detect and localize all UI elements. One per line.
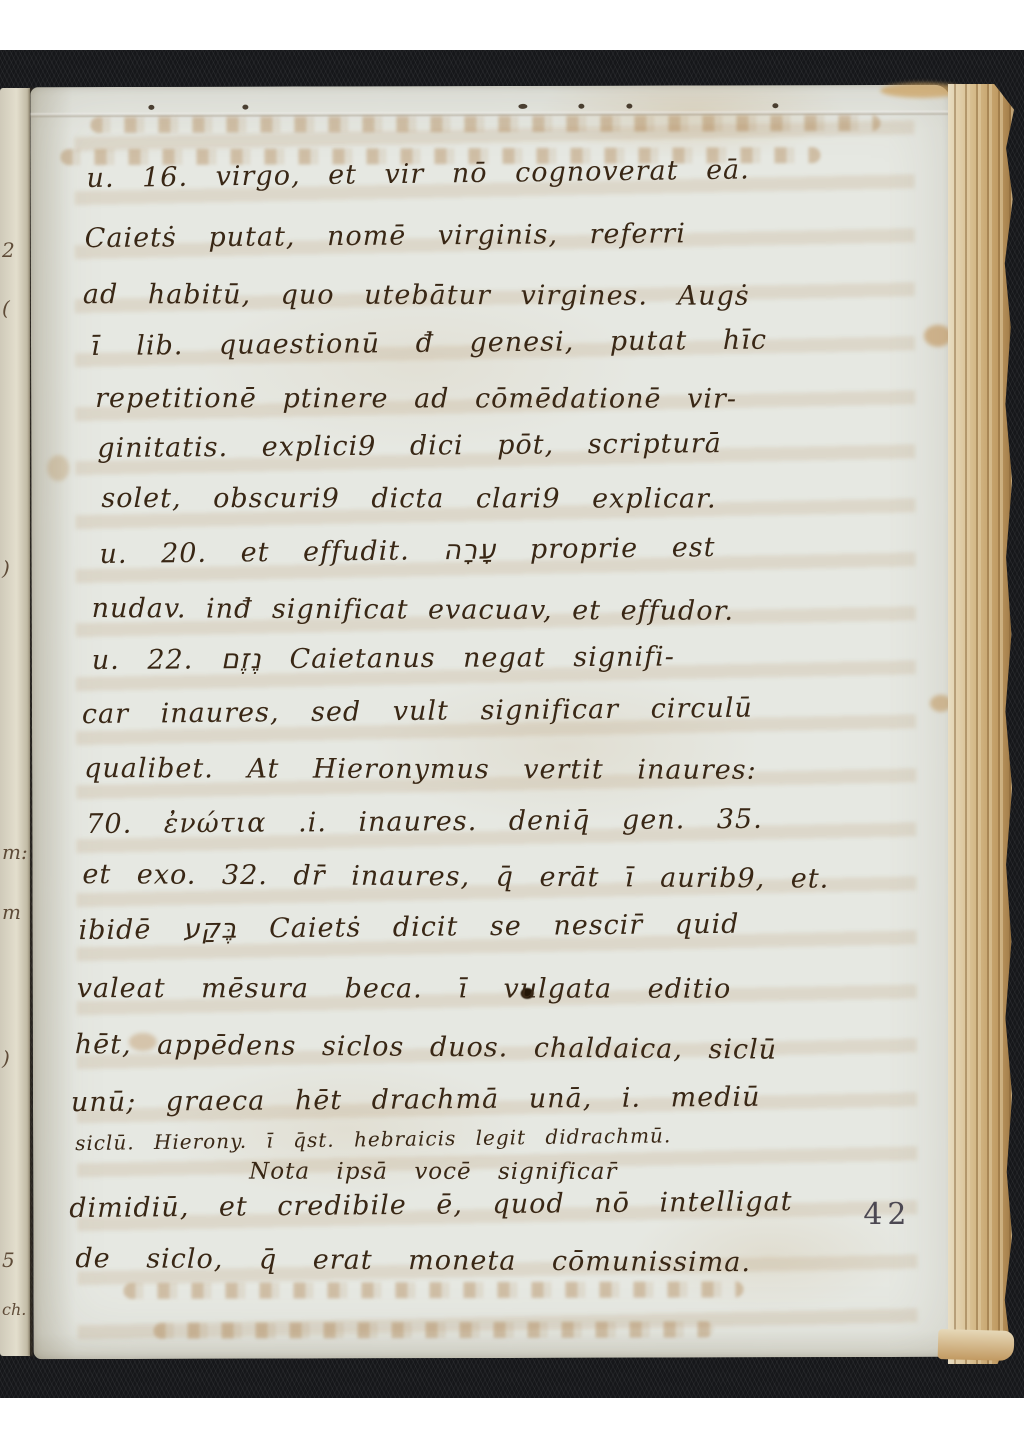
ink-speck: [772, 103, 778, 108]
manuscript-line: ad habitū, quo utebātur virgines. Augṡ: [83, 279, 750, 312]
ink-bleedthrough-row: [154, 1321, 714, 1338]
manuscript-line: Nota ipsā vocē significar̄: [249, 1159, 617, 1185]
manuscript-line: qualibet. At Hieronymus vertit inaures:: [84, 753, 757, 786]
previous-page-sliver: 2 ( ) m: m ) 5 ch.: [0, 88, 30, 1356]
manuscript-photo: 2 ( ) m: m ) 5 ch. u. 16. virgo, et vir …: [0, 0, 1024, 1448]
margin-stain: [924, 325, 952, 347]
manuscript-line: 70. ἐνώτια .i. inaures. deniq̄ gen. 35.: [86, 804, 763, 840]
manuscript-line: et exo. 32. dr̄ inaures, q̄ erāt ī aurib…: [82, 859, 829, 895]
manuscript-line: u. 22. נֶזֶם Caietanus negat signifi-: [92, 641, 675, 676]
edge-ink-fragment: m:: [2, 840, 28, 864]
manuscript-line: solet, obscuri9 dicta clari9 explicar.: [101, 483, 716, 515]
manuscript-line: ibidē בֶּקַע Caietṡ dicit se nescir̄ qui…: [78, 909, 739, 946]
manuscript-line: valeat mēsura beca. ī vulgata editio: [77, 973, 732, 1005]
manuscript-line: ginitatis. explici9 dici pōt, scripturā: [97, 428, 722, 464]
manuscript-line: unū; graeca hēt drachmā unā, i. mediū: [71, 1082, 761, 1118]
ink-speck: [578, 104, 584, 109]
manuscript-line: de siclo, q̄ erat moneta cōmunissima.: [75, 1243, 751, 1278]
manuscript-line: dimidiū, et credibile ē, quod nō intelli…: [69, 1186, 793, 1224]
edge-ink-fragment: ): [2, 1046, 10, 1070]
manuscript-line: ī lib. quaestionū đ genesi, putat hīc: [91, 325, 767, 362]
fox-spot: [47, 455, 69, 481]
manuscript-line: repetitionē ptinere ad cōmēdationē vir-: [95, 383, 737, 415]
edge-ink-fragment: ): [2, 556, 10, 580]
ink-speck: [518, 104, 527, 109]
manuscript-line: car inaures, sed vult significar circulū: [82, 693, 753, 730]
page-corner-curl: [938, 1329, 1015, 1361]
edge-ink-fragment: (: [2, 296, 10, 320]
manuscript-line: hēt, appēdens siclos duos. chaldaica, si…: [75, 1029, 778, 1066]
manuscript-page: u. 16. virgo, et vir nō cognoverat eā. C…: [30, 85, 953, 1359]
manuscript-line: siclū. Hierony. ī q̄st. hebraicis legit …: [75, 1123, 671, 1155]
ink-speck: [148, 105, 154, 110]
edge-ink-fragment: ch.: [2, 1300, 26, 1319]
ink-bleedthrough-row: [123, 1281, 743, 1299]
manuscript-line: u. 20. et effudit. עָרָה proprie est: [99, 532, 715, 570]
manuscript-line: nudav. inđ significat evacuav, et effudo…: [92, 593, 734, 627]
page-number: 42: [863, 1197, 911, 1232]
edge-ink-fragment: 2: [2, 238, 15, 262]
page-stack-fore-edge: [948, 84, 1014, 1364]
ink-bleedthrough-row: [90, 115, 880, 133]
manuscript-line: Caietṡ putat, nomē virginis, referri: [85, 218, 686, 254]
edge-ink-fragment: m: [2, 900, 21, 924]
edge-ink-fragment: 5: [2, 1248, 15, 1272]
ink-speck: [626, 104, 632, 109]
ink-speck: [242, 105, 248, 110]
